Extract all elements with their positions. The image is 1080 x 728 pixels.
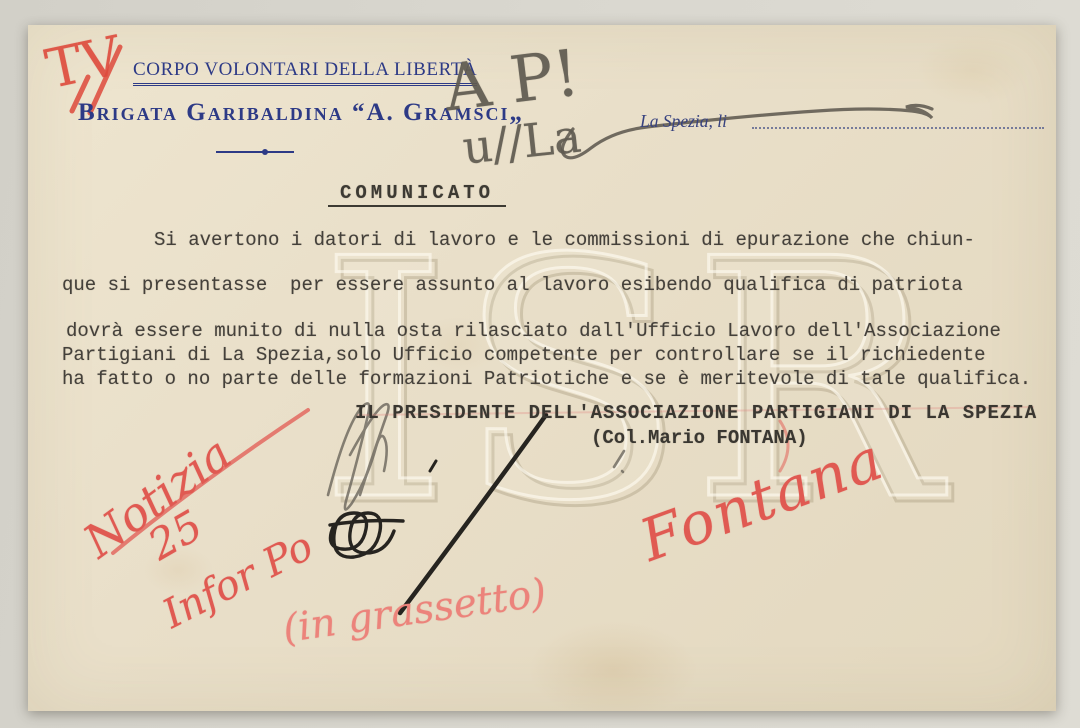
- body-line: ha fatto o no parte delle formazioni Pat…: [62, 368, 1031, 390]
- paper-sheet: ISR ISR: [28, 25, 1056, 711]
- dateline-label: La Spezia, li: [640, 111, 727, 132]
- tv-stamp: TV: [40, 24, 126, 101]
- red-pencil-strokes: [113, 407, 1033, 553]
- date-fill-in-line: [752, 111, 1044, 129]
- letterhead-org: CORPO VOLONTARI DELLA LIBERTÀ: [133, 59, 477, 86]
- body-line: Partigiani di La Spezia,solo Ufficio com…: [62, 344, 986, 366]
- red-annotation-note: (in grassetto): [281, 573, 549, 649]
- scanned-document-page: ISR ISR: [0, 0, 1080, 728]
- body-line: Si avertono i datori di lavoro e le comm…: [154, 229, 975, 251]
- body-line: dovrà essere munito di nulla osta rilasc…: [66, 320, 1001, 342]
- signature-name-line: (Col.Mario FONTANA): [591, 427, 808, 449]
- pencil-note-bottom: u//La: [460, 109, 584, 175]
- document-title: COMUNICATO: [328, 182, 506, 207]
- red-signature-fontana: Fontana: [633, 429, 891, 570]
- body-line: que si presentasse per essere assunto al…: [62, 274, 963, 296]
- signature-title-line: IL PRESIDENTE DELL'ASSOCIAZIONE PARTIGIA…: [355, 402, 1037, 424]
- letterhead-rule: [216, 151, 294, 153]
